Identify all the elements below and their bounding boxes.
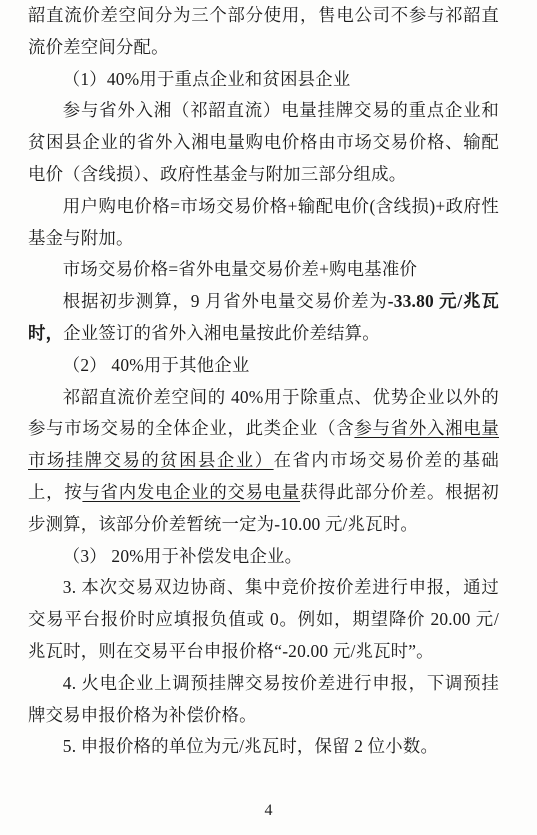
text-run: 5. 申报价格的单位为元/兆瓦时，保留 2 位小数。 (63, 736, 438, 756)
paragraph: 市场交易价格=省外电量交易价差+购电基准价 (28, 254, 499, 286)
paragraph: 参与省外入湘（祁韶直流）电量挂牌交易的重点企业和贫困县企业的省外入湘电量购电价格… (28, 95, 499, 190)
text-run: （1）40%用于重点企业和贫困县企业 (63, 69, 351, 89)
document-body: 韶直流价差空间分为三个部分使用，售电公司不参与祁韶直流价差空间分配。（1）40%… (28, 0, 499, 763)
text-run: 4. 火电企业上调预挂牌交易按价差进行申报，下调预挂牌交易申报价格为补偿价格。 (28, 673, 499, 725)
paragraph: （1）40%用于重点企业和贫困县企业 (28, 64, 499, 96)
text-run: 根据初步测算，9 月省外电量交易价差为 (63, 291, 388, 311)
paragraph: （3） 20%用于补偿发电企业。 (28, 541, 499, 573)
paragraph: 祁韶直流价差空间的 40%用于除重点、优势企业以外的参与市场交易的全体企业，此类… (28, 382, 499, 541)
text-run: 韶直流价差空间分为三个部分使用，售电公司不参与祁韶直流价差空间分配。 (28, 5, 499, 57)
paragraph: 4. 火电企业上调预挂牌交易按价差进行申报，下调预挂牌交易申报价格为补偿价格。 (28, 668, 499, 732)
text-run: 企业签订的省外入湘电量按此价差结算。 (63, 323, 380, 343)
paragraph: 用户购电价格=市场交易价格+输配电价(含线损)+政府性基金与附加。 (28, 191, 499, 255)
paragraph: 3. 本次交易双边协商、集中竞价按价差进行申报，通过交易平台报价时应填报负值或 … (28, 572, 499, 667)
paragraph: 根据初步测算，9 月省外电量交易价差为-33.80 元/兆瓦时，企业签订的省外入… (28, 286, 499, 350)
text-run: 市场交易价格=省外电量交易价差+购电基准价 (63, 259, 417, 279)
document-page: 韶直流价差空间分为三个部分使用，售电公司不参与祁韶直流价差空间分配。（1）40%… (0, 0, 537, 835)
paragraph: 5. 申报价格的单位为元/兆瓦时，保留 2 位小数。 (28, 731, 499, 763)
text-run: 参与省外入湘（祁韶直流）电量挂牌交易的重点企业和贫困县企业的省外入湘电量购电价格… (28, 100, 499, 184)
page-number: 4 (0, 802, 537, 820)
text-run: 3. 本次交易双边协商、集中竞价按价差进行申报，通过交易平台报价时应填报负值或 … (28, 577, 499, 661)
text-run: （2） 40%用于其他企业 (63, 355, 250, 375)
paragraph: （2） 40%用于其他企业 (28, 350, 499, 382)
text-run: 用户购电价格=市场交易价格+输配电价(含线损)+政府性基金与附加。 (28, 196, 499, 248)
paragraph: 韶直流价差空间分为三个部分使用，售电公司不参与祁韶直流价差空间分配。 (28, 0, 499, 64)
text-run: 与省内发电企业的交易电量 (82, 482, 300, 502)
text-run: （3） 20%用于补偿发电企业。 (63, 546, 302, 566)
